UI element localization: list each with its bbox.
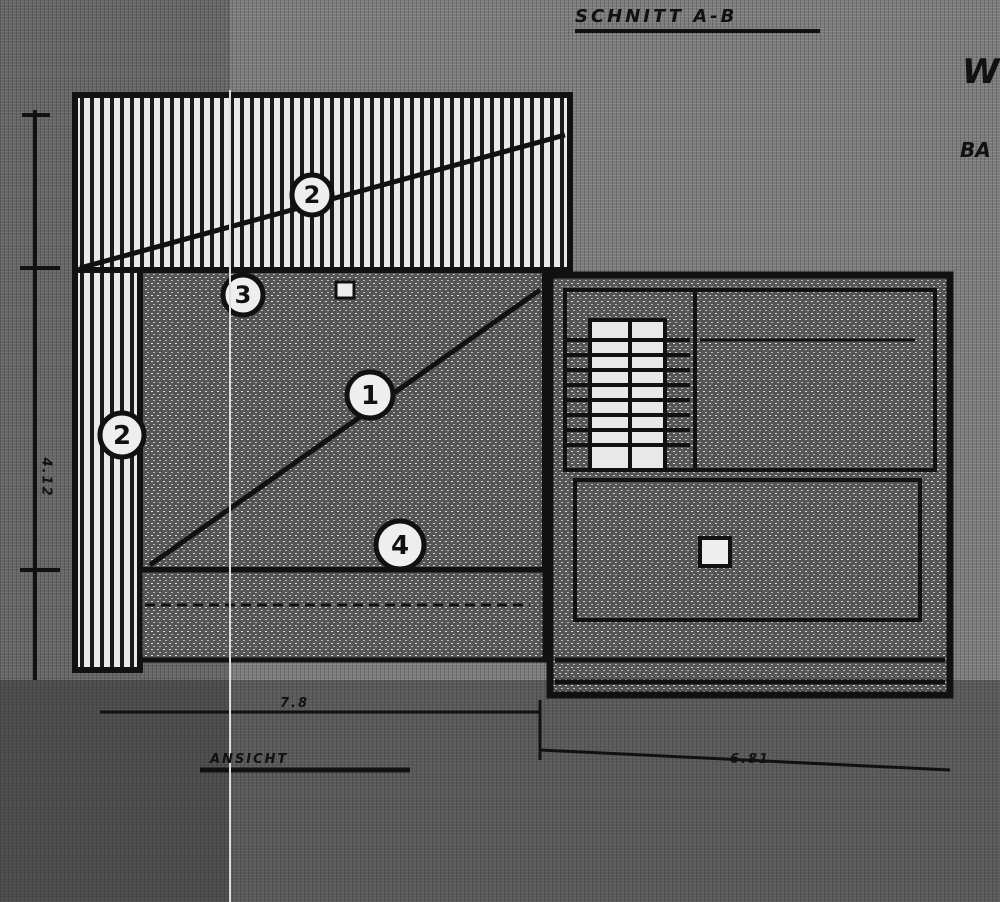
svg-text:4: 4: [391, 531, 409, 561]
dimension-left-vertical: 4.12: [39, 457, 54, 497]
title-fragment: WO: [962, 52, 1000, 92]
dimension-bottom-left: 7.8: [280, 696, 309, 711]
svg-text:3: 3: [235, 281, 252, 309]
svg-text:1: 1: [361, 381, 379, 411]
section-label: SCHNITT A-B: [575, 6, 820, 33]
floor-plan: 2 3 1 2 4: [0, 0, 1000, 902]
dimension-bottom-right: 6.81: [730, 752, 770, 767]
subtitle-fragment: BA: [960, 138, 991, 162]
marker-text: 2: [304, 181, 321, 209]
svg-text:2: 2: [113, 421, 131, 451]
dimension-bottom-center: ANSICHT: [210, 752, 288, 767]
left-dimension-line: [20, 110, 60, 680]
